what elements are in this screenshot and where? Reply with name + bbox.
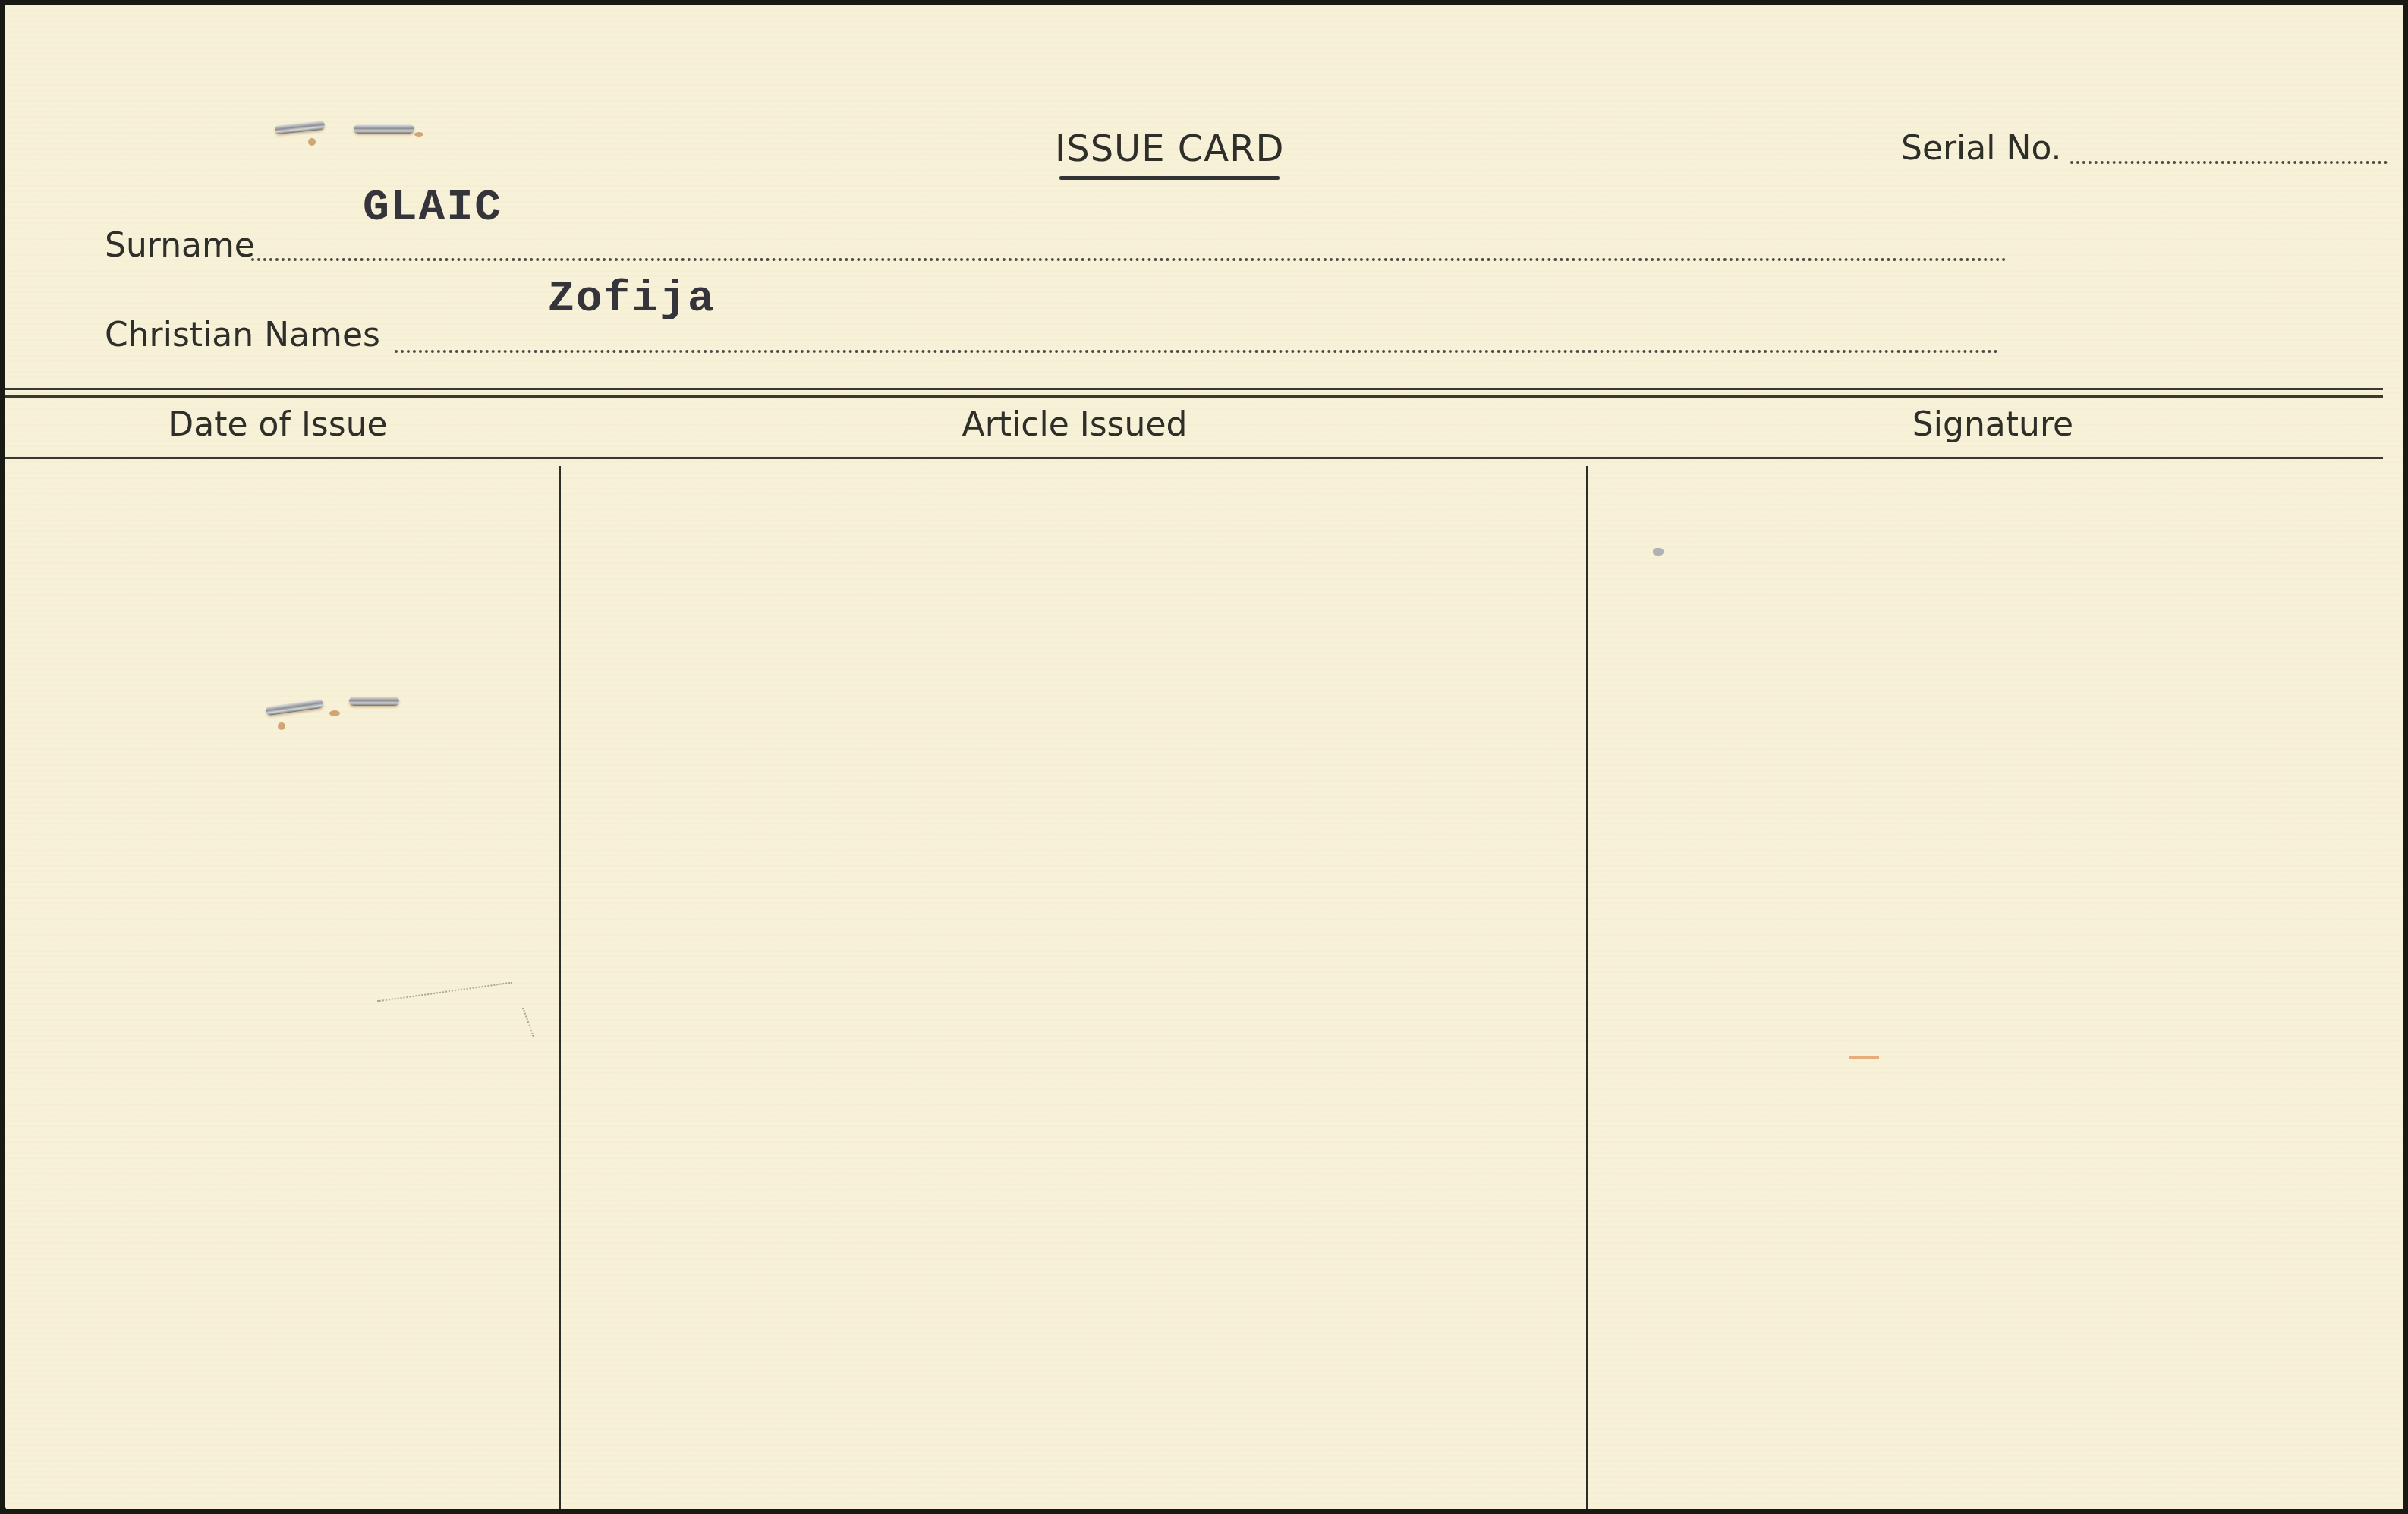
serial-label: Serial No.: [1901, 129, 2062, 168]
christian-names-field[interactable]: [395, 350, 1999, 353]
staple-top-right: [354, 124, 414, 134]
christian-names-label: Christian Names: [105, 316, 380, 354]
rust-stain: [329, 710, 340, 716]
staple-top-left: [275, 121, 326, 135]
column-divider-1: [559, 466, 561, 1509]
staple-mid-right: [349, 697, 399, 706]
article-issued-cell[interactable]: [562, 466, 1584, 1506]
card-title: ISSUE CARD: [1055, 127, 1284, 170]
serial-field[interactable]: [2070, 161, 2388, 164]
surname-field[interactable]: [251, 258, 2007, 261]
faint-orange-mark: [1849, 1056, 1879, 1059]
column-header-signature: Signature: [1912, 405, 2073, 444]
header-double-rule-top: [5, 388, 2383, 390]
faint-ink-mark: [1653, 548, 1664, 556]
issue-card: ISSUE CARD Serial No. GLAIC Surname Zofi…: [5, 5, 2403, 1509]
header-double-rule-bottom: [5, 395, 2383, 398]
rust-stain: [278, 722, 285, 730]
header-bottom-rule: [5, 457, 2383, 459]
signature-cell[interactable]: [1590, 466, 2402, 1506]
column-header-date-of-issue: Date of Issue: [168, 405, 387, 444]
surname-value: GLAIC: [363, 184, 502, 233]
title-underline: [1059, 176, 1280, 180]
surname-label: Surname: [105, 226, 255, 265]
rust-stain: [414, 132, 423, 137]
date-of-issue-cell[interactable]: [5, 466, 557, 1506]
column-divider-2: [1586, 466, 1588, 1509]
rust-stain: [308, 138, 316, 146]
column-header-article-issued: Article Issued: [962, 405, 1188, 444]
christian-names-value: Zofija: [548, 275, 716, 324]
